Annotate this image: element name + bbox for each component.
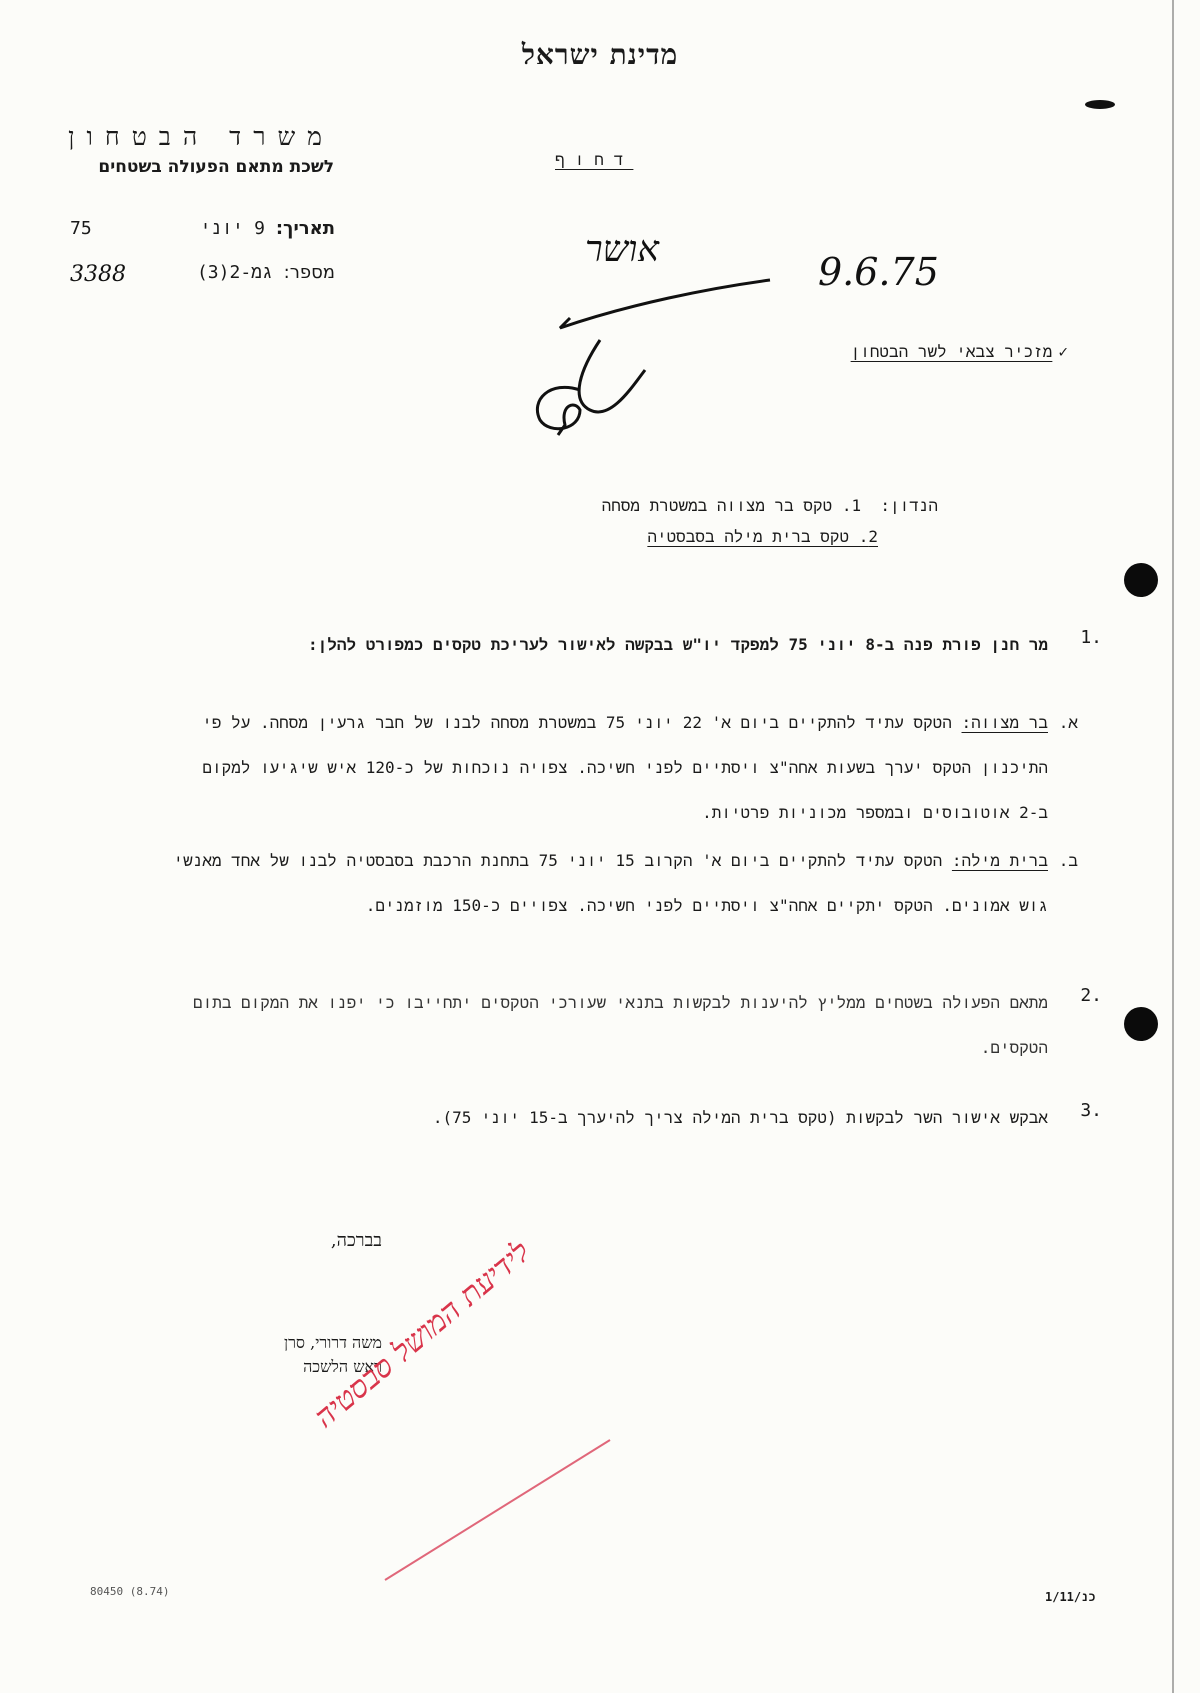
para-a-heading: בר מצווה: [962,713,1048,732]
date-row: תאריך: 9 יוני 75 [70,218,335,240]
ink-smudge [1085,100,1115,109]
date-value: 9 יוני [200,218,265,239]
handwritten-date: 9.6.75 [818,250,939,294]
document-page: מדינת ישראל משרד הבטחון לשכת מתאם הפעולה… [0,0,1200,1693]
para-a-text: הטקס עתיד להתקיים ביום א' 22 יוני 75 במש… [202,713,1048,822]
para-b-number: ב. [1059,838,1078,883]
recipient-name: מזכיר צבאי לשר הבטחון [851,342,1053,361]
number-value: גמ-2(3) [197,262,273,283]
red-underline [380,1430,620,1590]
date-year: 75 [70,218,92,240]
para-b-heading: ברית מילה: [952,851,1048,870]
punch-hole-bottom [1124,1007,1158,1041]
unit-name: לשכת מתאם הפעולה בשטחים [98,157,334,177]
subject-item-2: 2. טקס ברית מילה בסבסטיה [602,521,878,552]
subject-label: הנדון: [880,496,938,515]
para-a: א. בר מצווה: הטקס עתיד להתקיים ביום א' 2… [168,700,1048,835]
subject-block: הנדון: 1. טקס בר מצווה במשטרת מסחה 2. טק… [602,490,938,552]
form-code: 80450 (8.74) [90,1585,169,1598]
para-b-text: הטקס עתיד להתקיים ביום א' הקרוב 15 יוני … [174,851,1048,915]
recipient: ✓מזכיר צבאי לשר הבטחון [851,342,1068,362]
subject-item-1: 1. טקס בר מצווה במשטרת מסחה [602,496,861,515]
handwritten-signature [520,330,660,440]
handwritten-approval: אושר [585,228,659,270]
para-2-text: מתאם הפעולה בשטחים ממליץ להיענות לבקשות … [168,980,1048,1070]
para-2-number: 2. [1080,985,1102,1006]
para-1-text: מר חנן פורת פנה ב-8 יוני 75 למפקד יו"ש ב… [168,622,1048,667]
recipient-check-icon: ✓ [1058,342,1068,361]
page-reference: 1/11/כנ [1045,1590,1096,1605]
ministry-name: משרד הבטחון [68,122,334,152]
closing: בברכה, [331,1230,382,1251]
para-b: ב. ברית מילה: הטקס עתיד להתקיים ביום א' … [168,838,1048,928]
para-3-number: 3. [1080,1100,1102,1121]
date-label: תאריך: [276,218,335,239]
signer-name: משה דרורי, סרן [284,1331,382,1355]
punch-hole-top [1124,563,1158,597]
number-row: מספר: גמ-2(3) 3388 [70,262,335,287]
para-1-number: 1. [1080,627,1102,648]
para-a-number: א. [1059,700,1078,745]
state-header: מדינת ישראל [440,38,760,72]
para-3-text: אבקש אישור השר לבקשות (טקס ברית המילה צר… [168,1095,1048,1140]
number-label: מספר: [284,262,335,283]
page-edge-line [1172,0,1174,1693]
handwritten-number: 3388 [70,262,126,287]
urgency-label: דחוף [555,150,633,170]
